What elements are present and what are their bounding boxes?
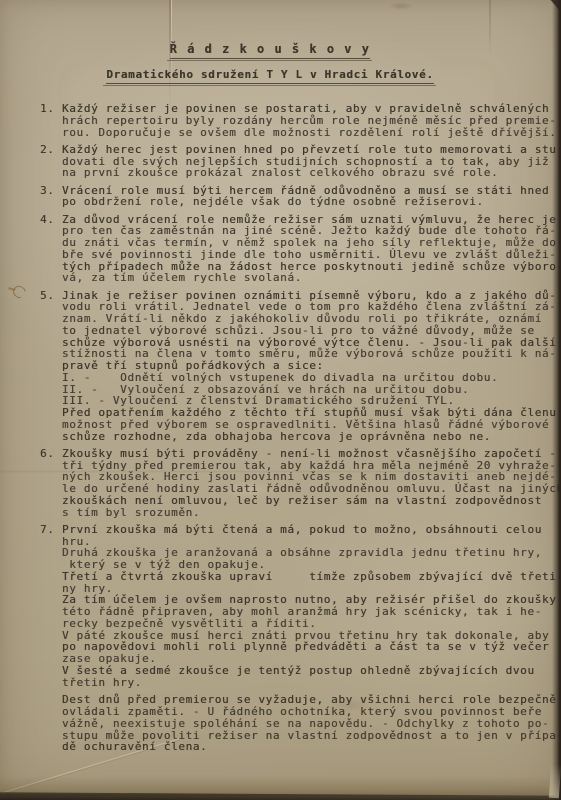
paragraph-text: Jinak je režiser povinen oznámiti písemn… — [62, 290, 561, 443]
document-subtitle: Dramatického sdružení T Y L v Hradci Krá… — [0, 68, 540, 84]
paragraph-number: 7. — [40, 524, 62, 689]
text-line: na první zkoušce prokázal znalost celkov… — [62, 167, 561, 179]
text-line: možnost před výborem se ospravedlniti. V… — [62, 419, 561, 431]
paragraph-text: Každý herec jest povinen hned po převzet… — [62, 144, 561, 179]
text-line: dě ochuravění člena. — [62, 741, 561, 753]
typewritten-page: Ř á d z k o u š k o v y Dramatického sdr… — [0, 0, 561, 800]
text-line: znam. Vrátí-li někdo z jakéhokoliv důvod… — [62, 313, 561, 325]
text-line: Každý režiser je povinen se postarati, a… — [62, 103, 561, 115]
paragraph-number — [40, 694, 62, 753]
paragraph-number: 5. — [40, 290, 62, 443]
text-line: I. - Odnětí volných vstupenek do divadla… — [62, 372, 561, 384]
text-line: Třetí a čtvrtá zkouška upraví tímže způs… — [62, 571, 561, 583]
paragraph-3: 3.Vrácení role musí býti hercem řádně od… — [40, 185, 561, 209]
paragraph-4: 4.Za důvod vrácení role nemůže režiser s… — [40, 214, 561, 285]
text-line: recky bezpečně vysvětliti a říditi. — [62, 618, 561, 630]
document-title: Ř á d z k o u š k o v y — [0, 42, 540, 59]
paragraph-text: Za důvod vrácení role nemůže režiser sám… — [62, 214, 561, 285]
text-line: stupu může povoliti režiser na vlastní z… — [62, 730, 561, 742]
text-line: Zkoušky musí býti prováděny - není-li mo… — [62, 448, 561, 460]
text-line: pravě tří stupnů pořádkových a sice: — [62, 360, 561, 372]
text-line: Každý herec jest povinen hned po převzet… — [62, 144, 561, 156]
paragraph-text: Dest dnů před premierou se vyžaduje, aby… — [62, 694, 561, 753]
document-title-text: Ř á d z k o u š k o v y — [170, 42, 371, 56]
paragraph-6: 6.Zkoušky musí býti prováděny - není-li … — [40, 448, 561, 519]
text-line: třetin hry. — [62, 677, 561, 689]
paragraph-number: 3. — [40, 185, 62, 209]
paragraph-text: Každý režiser je povinen se postarati, a… — [62, 103, 561, 138]
text-line: zase opakuje. — [62, 653, 561, 665]
paragraph-number: 1. — [40, 103, 62, 138]
text-line: du znáti včas termín, v němž spolek na j… — [62, 237, 561, 249]
text-line: bře své povinnosti jinde dle toho usměrn… — [62, 249, 561, 261]
paragraph-number: 2. — [40, 144, 62, 179]
text-line: rou. Doporučuje se ovšem dle možnosti ro… — [62, 127, 561, 139]
text-line: zkouškách není omluvou, leč by režiser s… — [62, 495, 561, 507]
document-subtitle-text: Dramatického sdružení T Y L v Hradci Krá… — [106, 68, 433, 81]
paragraph-text: Vrácení role musí býti hercem řádně odův… — [62, 185, 561, 209]
text-line: ny hry. — [62, 583, 561, 595]
paragraph-note: Dest dnů před premierou se vyžaduje, aby… — [40, 694, 561, 753]
text-line: ovládali zpaměti. - U řádného ochotníka,… — [62, 706, 561, 718]
paragraph-text: Zkoušky musí býti prováděny - není-li mo… — [62, 448, 561, 519]
paragraph-1: 1.Každý režiser je povinen se postarati,… — [40, 103, 561, 138]
photo-right-edge — [552, 0, 561, 800]
paragraph-text: První zkouška má býti čtená a má, pokud … — [62, 524, 561, 689]
text-line: V šesté a sedmé zkoušce je tentýž postup… — [62, 665, 561, 677]
text-line: to jednatel výborové schůzi. Jsou-li pro… — [62, 325, 561, 337]
document-photo: Ř á d z k o u š k o v y Dramatického sdr… — [0, 0, 561, 800]
text-line: III. - Vyloučení z členství Dramatického… — [62, 395, 561, 407]
text-line: První zkouška má býti čtená a má, pokud … — [62, 524, 561, 536]
text-line: s tím byl srozuměn. — [62, 507, 561, 519]
text-line: Před opatřením každého z těchto tří stup… — [62, 407, 561, 419]
text-line: V páté zkoušce musí herci znáti prvou tř… — [62, 630, 561, 642]
document-header: Ř á d z k o u š k o v y Dramatického sdr… — [0, 42, 540, 84]
paragraph-number: 4. — [40, 214, 62, 285]
document-body: 1.Každý režiser je povinen se postarati,… — [40, 103, 561, 759]
text-line: hrách repertoiru byly rozdány hercům rol… — [62, 115, 561, 127]
paragraph-5: 5.Jinak je režiser povinen oznámiti píse… — [40, 290, 561, 443]
paragraph-7: 7.První zkouška má býti čtená a má, poku… — [40, 524, 561, 689]
text-line: této řádně připraven, aby mohl aranžmá h… — [62, 606, 561, 618]
text-line: stížnosti na člena v tomto směru, může v… — [62, 348, 561, 360]
text-line: le do určené hodiny zaslati řádně odůvod… — [62, 483, 561, 495]
text-line: který se v týž den opakuje. — [62, 559, 561, 571]
text-line: po obdržení role, nejdéle však do týdne … — [62, 196, 561, 208]
paragraph-number: 6. — [40, 448, 62, 519]
paragraph-2: 2.Každý herec jest povinen hned po převz… — [40, 144, 561, 179]
text-line: vážně, neexistuje spoléhání se na napově… — [62, 718, 561, 730]
text-line: vá, za tím účelem rychle svolaná. — [62, 272, 561, 284]
text-line: schůze rozhodne, zda obhajoba hercova je… — [62, 431, 561, 443]
